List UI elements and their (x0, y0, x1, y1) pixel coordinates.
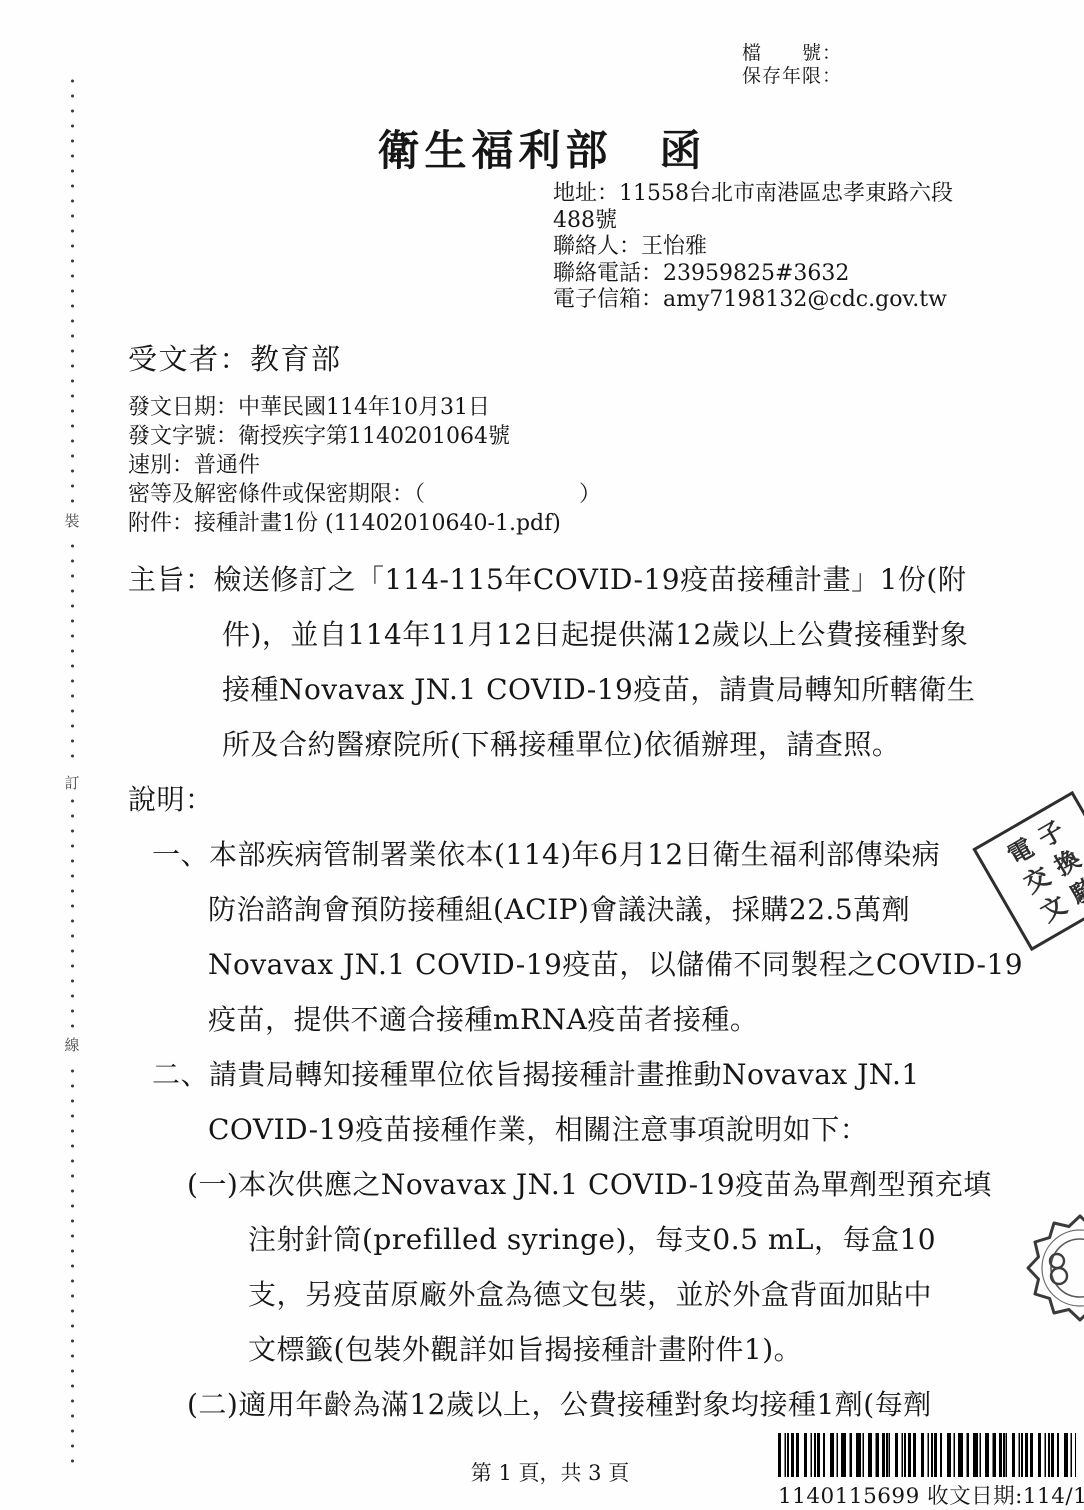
contact-block: 地址：11558台北市南港區忠孝東路六段488號聯絡人：王怡雅聯絡電話：2395… (553, 181, 953, 314)
body-line: Novavax JN.1 COVID-19疫苗，以儲備不同製程之COVID-19 (128, 937, 1028, 992)
binding-label-ding: 訂 (63, 768, 81, 797)
document-body: 主旨：檢送修訂之「114-115年COVID-19疫苗接種計畫」1份(附件)，並… (128, 552, 1028, 1432)
body-line: (一)本次供應之Novavax JN.1 COVID-19疫苗為單劑型預充填 (128, 1157, 1028, 1212)
recipient-line: 受文者：教育部 (128, 337, 342, 378)
flower-seal-icon (1012, 1212, 1084, 1324)
body-line: 接種Novavax JN.1 COVID-19疫苗，請貴局轉知所轄衛生 (128, 662, 1028, 717)
document-page: 裝 訂 線 檔 號： 保存年限： 衛生福利部 函 地址：11558台北市南港區忠… (0, 0, 1084, 1510)
document-title: 衛生福利部 函 (40, 118, 1044, 178)
received-barcode: 1140115699 收文日期:114/10/31 (778, 1433, 1084, 1510)
body-line: 一、本部疾病管制署業依本(114)年6月12日衛生福利部傳染病 (128, 827, 1028, 882)
meta-line: 發文字號：衛授疾字第1140201064號 (128, 422, 601, 451)
file-block: 檔 號： 保存年限： (742, 42, 842, 88)
body-line: 說明： (128, 772, 1028, 827)
meta-line: 附件：接種計畫1份 (11402010640-1.pdf) (128, 509, 601, 538)
body-line: COVID-19疫苗接種作業，相關注意事項說明如下： (128, 1102, 1028, 1157)
meta-line: 發文日期：中華民國114年10月31日 (128, 393, 601, 422)
meta-block: 發文日期：中華民國114年10月31日發文字號：衛授疾字第1140201064號… (128, 393, 601, 538)
barcode-icon (778, 1433, 1076, 1477)
binding-label-xian: 線 (63, 1030, 81, 1059)
body-line: 件)，並自114年11月12日起提供滿12歲以上公費接種對象 (128, 607, 1028, 662)
body-line: 二、請貴局轉知接種單位依旨揭接種計畫推動Novavax JN.1 (128, 1047, 1028, 1102)
body-line: 防治諮詢會預防接種組(ACIP)會議決議，採購22.5萬劑 (128, 882, 1028, 937)
body-line: 支，另疫苗原廠外盒為德文包裝，並於外盒背面加貼中 (128, 1267, 1028, 1322)
contact-line: 地址：11558台北市南港區忠孝東路六段 (553, 181, 953, 208)
body-line: 主旨：檢送修訂之「114-115年COVID-19疫苗接種計畫」1份(附 (128, 552, 1028, 607)
page-number: 第 1 頁，共 3 頁 (440, 1457, 660, 1487)
contact-line: 電子信箱：amy7198132@cdc.gov.tw (553, 287, 953, 314)
contact-line: 聯絡電話：23959825#3632 (553, 261, 953, 288)
contact-line: 聯絡人：王怡雅 (553, 234, 953, 261)
meta-line: 速別：普通件 (128, 451, 601, 480)
binding-label-zhuang: 裝 (63, 506, 81, 535)
contact-line: 488號 (553, 208, 953, 235)
retention-period-label: 保存年限： (742, 65, 842, 88)
body-line: 文標籤(包裝外觀詳如旨揭接種計畫附件1)。 (128, 1322, 1028, 1377)
meta-line: 密等及解密條件或保密期限：（ ） (128, 480, 601, 509)
body-line: (二)適用年齡為滿12歲以上，公費接種對象均接種1劑(每劑 (128, 1377, 1028, 1432)
file-number-label: 檔 號： (742, 42, 842, 65)
body-line: 注射針筒(prefilled syringe)，每支0.5 mL，每盒10 (128, 1212, 1028, 1267)
body-line: 疫苗，提供不適合接種mRNA疫苗者接種。 (128, 992, 1028, 1047)
barcode-number: 1140115699 收文日期:114/10/31 (778, 1479, 1084, 1510)
body-line: 所及合約醫療院所(下稱接種單位)依循辦理，請查照。 (128, 717, 1028, 772)
